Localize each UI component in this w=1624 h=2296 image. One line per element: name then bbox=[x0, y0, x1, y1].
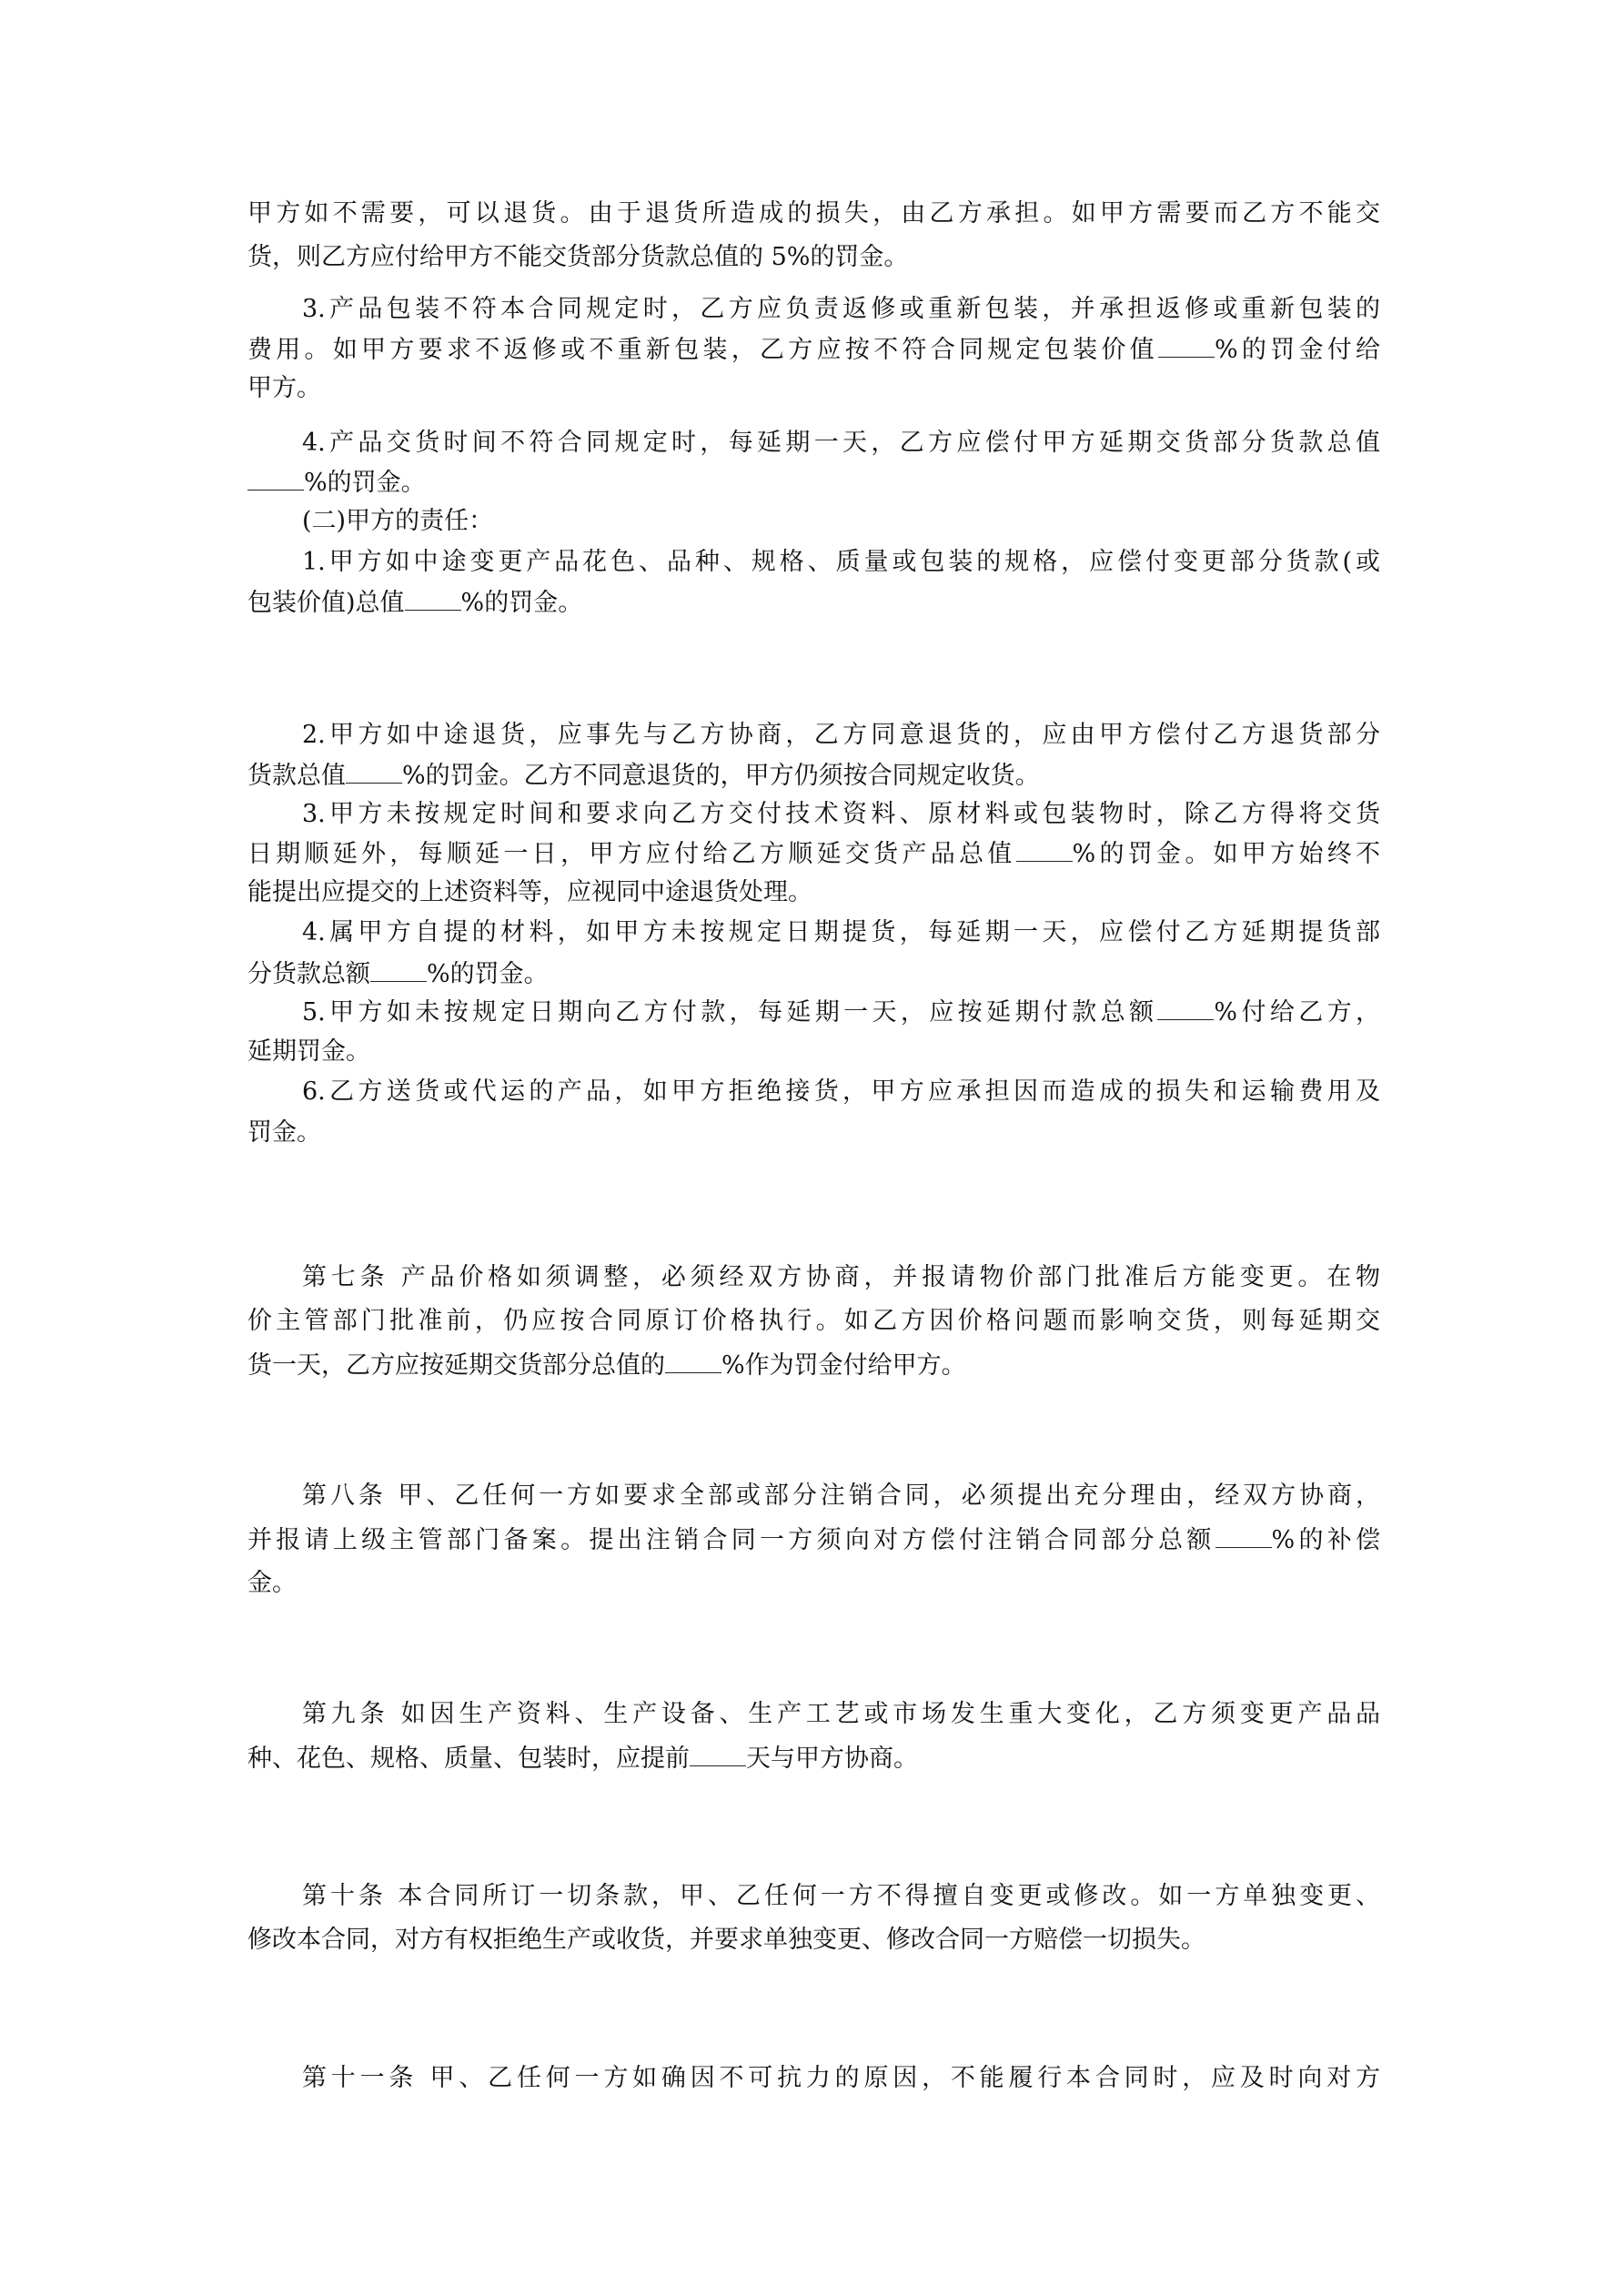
text-line: 价主管部门批准前，仍应按合同原订价格执行。如乙方因价格问题而影响交货，则每延期交 bbox=[247, 1303, 1380, 1340]
text-segment: 日期顺延外，每顺延一日，甲方应付给乙方顺延交货产品总值 bbox=[247, 840, 1016, 868]
text-line: 货，则乙方应付给甲方不能交货部分货款总值的 5%的罚金。 bbox=[247, 239, 1380, 276]
text-line: 第七条 产品价格如须调整，必须经双方协商，并报请物价部门批准后方能变更。在物 bbox=[247, 1259, 1380, 1296]
text-segment: 甲方如不需要，可以退货。由于退货所造成的损失，由乙方承担。如甲方需要而乙方不能交 bbox=[247, 199, 1380, 228]
text-line: 包装价值)总值%的罚金。 bbox=[247, 584, 1380, 621]
text-line: 分货款总额%的罚金。 bbox=[247, 956, 1380, 992]
text-segment: 价主管部门批准前，仍应按合同原订价格执行。如乙方因价格问题而影响交货，则每延期交 bbox=[247, 1307, 1380, 1335]
fill-in-blank bbox=[690, 1740, 746, 1766]
text-line: 6.乙方送货或代运的产品，如甲方拒绝接货，甲方应承担因而造成的损失和运输费用及 bbox=[247, 1074, 1380, 1110]
text-line: 4.属甲方自提的材料，如甲方未按规定日期提货，每延期一天，应偿付乙方延期提货部 bbox=[247, 915, 1380, 951]
text-segment: 第七条 产品价格如须调整，必须经双方协商，并报请物价部门批准后方能变更。在物 bbox=[302, 1263, 1380, 1291]
fill-in-blank bbox=[405, 584, 461, 611]
text-segment: 5.甲方如未按规定日期向乙方付款，每延期一天，应按延期付款总额 bbox=[302, 998, 1157, 1027]
fill-in-blank bbox=[370, 956, 427, 982]
text-segment: (二)甲方的责任： bbox=[302, 507, 493, 535]
text-line: 罚金。 bbox=[247, 1115, 1380, 1151]
text-line: 修改本合同，对方有权拒绝生产或收货，并要求单独变更、修改合同一方赔偿一切损失。 bbox=[247, 1922, 1380, 1958]
text-segment: %付给乙方， bbox=[1214, 998, 1380, 1027]
fill-in-blank bbox=[1157, 994, 1214, 1020]
text-segment: 货一天，乙方应按延期交货部分总值的 bbox=[247, 1351, 665, 1380]
text-segment: 6.乙方送货或代运的产品，如甲方拒绝接货，甲方应承担因而造成的损失和运输费用及 bbox=[302, 1077, 1380, 1106]
fill-in-blank bbox=[346, 757, 402, 784]
text-segment: 第十一条 甲、乙任何一方如确因不可抗力的原因，不能履行本合同时，应及时向对方 bbox=[302, 2064, 1380, 2092]
text-line: 第十一条 甲、乙任何一方如确因不可抗力的原因，不能履行本合同时，应及时向对方 bbox=[247, 2060, 1380, 2097]
text-line: 能提出应提交的上述资料等，应视同中途退货处理。 bbox=[247, 875, 1380, 911]
text-line: 5.甲方如未按规定日期向乙方付款，每延期一天，应按延期付款总额%付给乙方， bbox=[247, 994, 1380, 1030]
text-segment: 4.属甲方自提的材料，如甲方未按规定日期提货，每延期一天，应偿付乙方延期提货部 bbox=[302, 918, 1380, 946]
text-line: 甲方。 bbox=[247, 370, 1380, 407]
text-line: 4.产品交货时间不符合同规定时，每延期一天，乙方应偿付甲方延期交货部分货款总值 bbox=[247, 425, 1380, 461]
text-segment: 罚金。 bbox=[247, 1118, 321, 1147]
text-segment: %的罚金。如甲方始终不 bbox=[1073, 840, 1380, 868]
text-line: %的罚金。 bbox=[247, 464, 1380, 501]
text-line: 金。 bbox=[247, 1565, 1380, 1602]
fill-in-blank bbox=[1215, 1522, 1272, 1548]
text-segment: 并报请上级主管部门备案。提出注销合同一方须向对方偿付注销合同部分总额 bbox=[247, 1526, 1215, 1554]
text-segment: 货，则乙方应付给甲方不能交货部分货款总值的 5%的罚金。 bbox=[247, 243, 908, 271]
text-segment: 修改本合同，对方有权拒绝生产或收货，并要求单独变更、修改合同一方赔偿一切损失。 bbox=[247, 1926, 1205, 1954]
text-segment: 第八条 甲、乙任何一方如要求全部或部分注销合同，必须提出充分理由，经双方协商， bbox=[302, 1482, 1380, 1510]
text-segment: 金。 bbox=[247, 1569, 297, 1597]
text-line: 3.产品包装不符本合同规定时，乙方应负责返修或重新包装，并承担返修或重新包装的 bbox=[247, 291, 1380, 328]
text-line: 日期顺延外，每顺延一日，甲方应付给乙方顺延交货产品总值%的罚金。如甲方始终不 bbox=[247, 835, 1380, 872]
text-line: 货一天，乙方应按延期交货部分总值的%作为罚金付给甲方。 bbox=[247, 1347, 1380, 1383]
text-segment: 包装价值)总值 bbox=[247, 589, 405, 617]
text-segment: %的罚金。 bbox=[461, 589, 583, 617]
text-line: 费用。如甲方要求不返修或不重新包装，乙方应按不符合同规定包装价值%的罚金付给 bbox=[247, 331, 1380, 368]
text-line: 2.甲方如中途退货，应事先与乙方协商，乙方同意退货的，应由甲方偿付乙方退货部分 bbox=[247, 717, 1380, 754]
fill-in-blank bbox=[1158, 331, 1215, 358]
text-segment: 天与甲方协商。 bbox=[746, 1745, 918, 1773]
fill-in-blank bbox=[1016, 835, 1073, 862]
text-segment: %的罚金。乙方不同意退货的，甲方仍须按合同规定收货。 bbox=[402, 762, 1040, 790]
fill-in-blank bbox=[247, 464, 304, 491]
text-segment: 费用。如甲方要求不返修或不重新包装，乙方应按不符合同规定包装价值 bbox=[247, 336, 1158, 364]
text-segment: 4.产品交货时间不符合同规定时，每延期一天，乙方应偿付甲方延期交货部分货款总值 bbox=[302, 429, 1380, 457]
text-line: 延期罚金。 bbox=[247, 1034, 1380, 1070]
text-segment: 种、花色、规格、质量、包装时，应提前 bbox=[247, 1745, 690, 1773]
text-line: 并报请上级主管部门备案。提出注销合同一方须向对方偿付注销合同部分总额%的补偿 bbox=[247, 1522, 1380, 1558]
fill-in-blank bbox=[665, 1347, 721, 1373]
text-segment: %的罚金付给 bbox=[1215, 336, 1380, 364]
text-segment: %作为罚金付给甲方。 bbox=[721, 1351, 966, 1380]
text-segment: 3.产品包装不符本合同规定时，乙方应负责返修或重新包装，并承担返修或重新包装的 bbox=[302, 295, 1380, 323]
text-segment: %的补偿 bbox=[1272, 1526, 1381, 1554]
text-segment: 甲方。 bbox=[247, 374, 321, 402]
text-line: 货款总值%的罚金。乙方不同意退货的，甲方仍须按合同规定收货。 bbox=[247, 757, 1380, 794]
text-line: 第九条 如因生产资料、生产设备、生产工艺或市场发生重大变化，乙方须变更产品品 bbox=[247, 1696, 1380, 1733]
text-segment: 3.甲方未按规定时间和要求向乙方交付技术资料、原材料或包装物时，除乙方得将交货 bbox=[302, 800, 1380, 828]
text-segment: 能提出应提交的上述资料等，应视同中途退货处理。 bbox=[247, 878, 812, 906]
text-segment: %的罚金。 bbox=[427, 960, 549, 988]
text-line: 1.甲方如中途变更产品花色、品种、规格、质量或包装的规格，应偿付变更部分货款(或 bbox=[247, 544, 1380, 581]
text-segment: 延期罚金。 bbox=[247, 1037, 370, 1066]
text-line: (二)甲方的责任： bbox=[247, 503, 1380, 540]
text-segment: 1.甲方如中途变更产品花色、品种、规格、质量或包装的规格，应偿付变更部分货款(或 bbox=[302, 548, 1380, 576]
text-segment: 第十条 本合同所订一切条款，甲、乙任何一方不得擅自变更或修改。如一方单独变更、 bbox=[302, 1882, 1380, 1910]
document-page: 甲方如不需要，可以退货。由于退货所造成的损失，由乙方承担。如甲方需要而乙方不能交… bbox=[0, 0, 1624, 2296]
text-line: 甲方如不需要，可以退货。由于退货所造成的损失，由乙方承担。如甲方需要而乙方不能交 bbox=[247, 196, 1380, 232]
text-segment: 2.甲方如中途退货，应事先与乙方协商，乙方同意退货的，应由甲方偿付乙方退货部分 bbox=[302, 721, 1380, 749]
text-segment: 第九条 如因生产资料、生产设备、生产工艺或市场发生重大变化，乙方须变更产品品 bbox=[302, 1700, 1380, 1728]
text-line: 种、花色、规格、质量、包装时，应提前天与甲方协商。 bbox=[247, 1740, 1380, 1776]
text-line: 3.甲方未按规定时间和要求向乙方交付技术资料、原材料或包装物时，除乙方得将交货 bbox=[247, 796, 1380, 833]
text-segment: 货款总值 bbox=[247, 762, 346, 790]
text-segment: %的罚金。 bbox=[304, 469, 426, 497]
text-segment: 分货款总额 bbox=[247, 960, 370, 988]
text-line: 第十条 本合同所订一切条款，甲、乙任何一方不得擅自变更或修改。如一方单独变更、 bbox=[247, 1878, 1380, 1915]
text-line: 第八条 甲、乙任何一方如要求全部或部分注销合同，必须提出充分理由，经双方协商， bbox=[247, 1478, 1380, 1514]
